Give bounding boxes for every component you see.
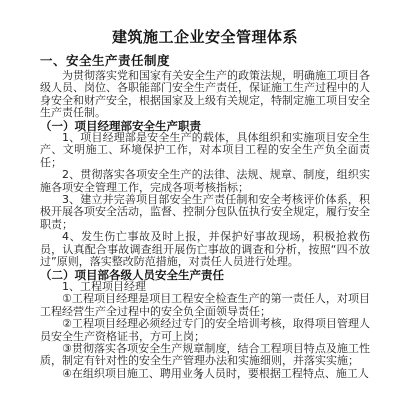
document-body: 建筑施工企业安全管理体系 一、安全生产责任制度 为贯彻落实党和国家有关安全生产的…	[40, 28, 370, 380]
document-page: 建筑施工企业安全管理体系 一、安全生产责任制度 为贯彻落实党和国家有关安全生产的…	[0, 0, 400, 399]
sub2-item-4: ③贯彻落实各项安全生产规章制度，结合工程项目特点及施工性质，制定有针对性的安全生…	[40, 343, 370, 368]
sub1-item-4: 4、发生伤亡事故及时上报，并保护好事故现场，积极抢救伤员，认真配合事故调查组开展…	[40, 231, 370, 268]
sub2-item-2: ①工程项目经理是项目工程安全检查生产的第一责任人，对项目工程经营生产全过程中的安…	[40, 293, 370, 318]
sub1-item-1: 1、项目经理部是安全生产的载体，具体组织和实施项目安全生产、文明施工、环境保护工…	[40, 132, 370, 169]
sub2-item-3: ②工程项目经理必须经过专门的安全培训考核，取得项目管理人员安全生产资格证书，方可…	[40, 318, 370, 343]
page-number: 1	[0, 372, 400, 381]
sub1-item-3: 3、建立并完善项目部安全生产责任制和安全考核评价体系，积极开展各项安全活动，监督…	[40, 194, 370, 231]
section-heading-1: 一、安全生产责任制度	[40, 53, 370, 69]
intro-paragraph: 为贯彻落实党和国家有关安全生产的政策法规，明确施工项目各级人员、岗位、各职能部门…	[40, 70, 370, 120]
document-title: 建筑施工企业安全管理体系	[40, 28, 370, 47]
sub1-item-2: 2、贯彻落实各项安全生产的法律、法规、规章、制度，组织实施各项安全管理工作，完成…	[40, 169, 370, 194]
